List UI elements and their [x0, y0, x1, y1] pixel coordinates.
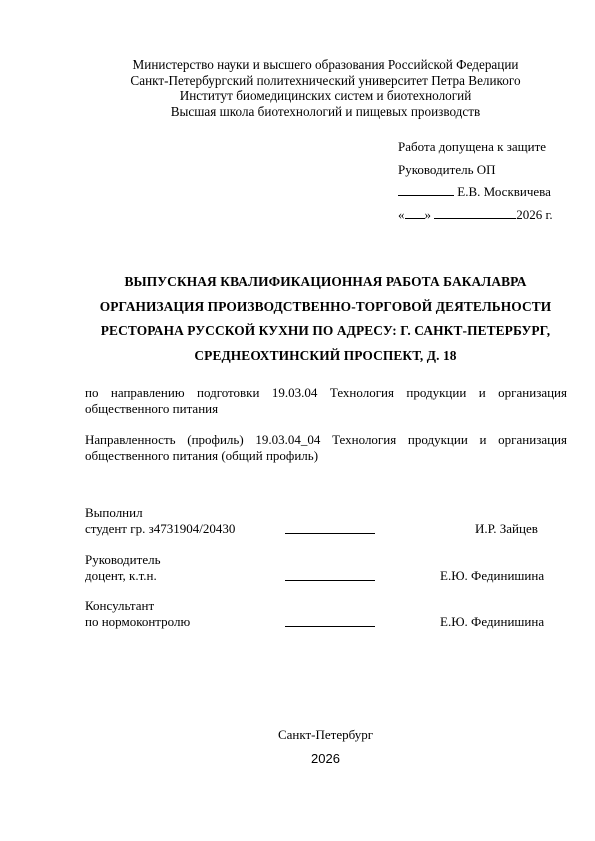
direction-line-2: общественного питания	[85, 401, 218, 416]
approval-admitted: Работа допущена к защите	[398, 136, 553, 159]
approval-block: Работа допущена к защите Руководитель ОП…	[398, 136, 553, 226]
approval-role: Руководитель ОП	[398, 159, 553, 182]
signature-line	[285, 580, 375, 581]
profile-line-2: общественного питания (общий профиль)	[85, 448, 318, 463]
ministry-header: Министерство науки и высшего образования…	[0, 57, 595, 119]
signature-consultant: Консультант по нормоконтролю Е.Ю. Федини…	[85, 598, 567, 629]
signature-role: Консультант	[85, 598, 567, 614]
approval-signature: Е.В. Москвичева	[398, 181, 553, 204]
thesis-title: ВЫПУСКНАЯ КВАЛИФИКАЦИОННАЯ РАБОТА БАКАЛА…	[0, 270, 595, 368]
title-line-3: СРЕДНЕОХТИНСКИЙ ПРОСПЕКТ, Д. 18	[0, 344, 595, 369]
footer-city: Санкт-Петербург	[0, 727, 595, 743]
footer-year: 2026	[0, 751, 595, 766]
profile-line-1: Направленность (профиль) 19.03.04_04 Тех…	[85, 432, 567, 448]
direction-line-1: по направлению подготовки 19.03.04 Техно…	[85, 385, 567, 401]
signature-name: И.Р. Зайцев	[475, 521, 538, 537]
signature-supervisor: Руководитель доцент, к.т.н. Е.Ю. Фединиш…	[85, 552, 567, 583]
signature-role: Выполнил	[85, 505, 567, 521]
direction-paragraph: по направлению подготовки 19.03.04 Техно…	[85, 385, 567, 416]
date-month-line	[434, 207, 516, 219]
signature-student: Выполнил студент гр. з4731904/20430 И.Р.…	[85, 505, 567, 536]
date-quote-close: »	[425, 207, 432, 222]
header-institute: Институт биомедицинских систем и биотехн…	[0, 88, 595, 104]
signature-role: Руководитель	[85, 552, 567, 568]
approval-signature-line	[398, 184, 454, 196]
title-line-2: РЕСТОРАНА РУССКОЙ КУХНИ ПО АДРЕСУ: Г. СА…	[0, 319, 595, 344]
title-line-1: ОРГАНИЗАЦИЯ ПРОИЗВОДСТВЕННО-ТОРГОВОЙ ДЕЯ…	[0, 295, 595, 320]
signature-line	[285, 626, 375, 627]
title-type: ВЫПУСКНАЯ КВАЛИФИКАЦИОННАЯ РАБОТА БАКАЛА…	[0, 270, 595, 295]
approval-name: Е.В. Москвичева	[457, 184, 551, 199]
header-school: Высшая школа биотехнологий и пищевых про…	[0, 104, 595, 120]
header-university: Санкт-Петербургский политехнический унив…	[0, 73, 595, 89]
approval-date: «» 2026 г.	[398, 204, 553, 227]
signature-name: Е.Ю. Фединишина	[440, 614, 544, 630]
signature-line	[285, 533, 375, 534]
signature-name: Е.Ю. Фединишина	[440, 568, 544, 584]
header-ministry: Министерство науки и высшего образования…	[0, 57, 595, 73]
profile-paragraph: Направленность (профиль) 19.03.04_04 Тех…	[85, 432, 567, 463]
date-year: 2026 г.	[516, 207, 552, 222]
date-day-line	[405, 207, 425, 219]
